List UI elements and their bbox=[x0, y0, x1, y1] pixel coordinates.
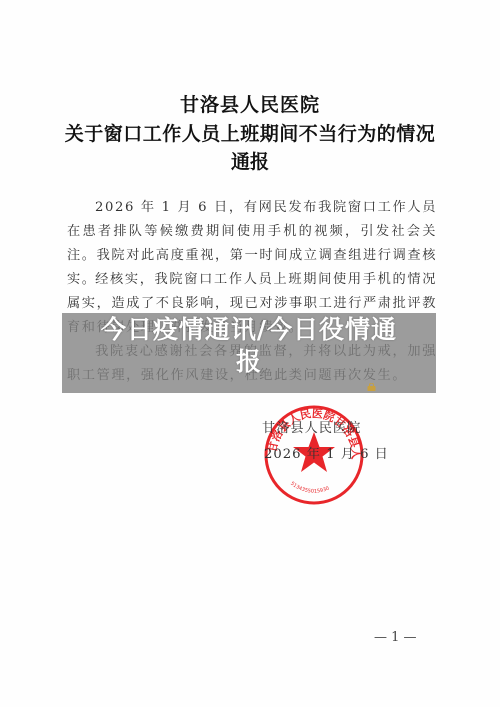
page-number: — 1 — bbox=[374, 630, 417, 645]
overlay-headline-line1: 今日疫情通讯/今日役情通 bbox=[62, 314, 436, 346]
signature-date: 2026 年 1 月 6 日 bbox=[264, 443, 389, 462]
svg-text:5134355015930: 5134355015930 bbox=[289, 481, 330, 495]
overlay-headline-line2: 报 bbox=[62, 346, 436, 378]
document-title-suffix: 通报 bbox=[0, 147, 500, 174]
org-name-heading: 甘洛县人民医院 bbox=[0, 90, 500, 117]
signature-org: 甘洛县人民医院 bbox=[262, 417, 372, 436]
overlay-headline: 今日疫情通讯/今日役情通 报 bbox=[62, 314, 436, 378]
lock-icon bbox=[367, 383, 376, 391]
document-title: 关于窗口工作人员上班期间不当行为的情况 bbox=[0, 119, 500, 146]
